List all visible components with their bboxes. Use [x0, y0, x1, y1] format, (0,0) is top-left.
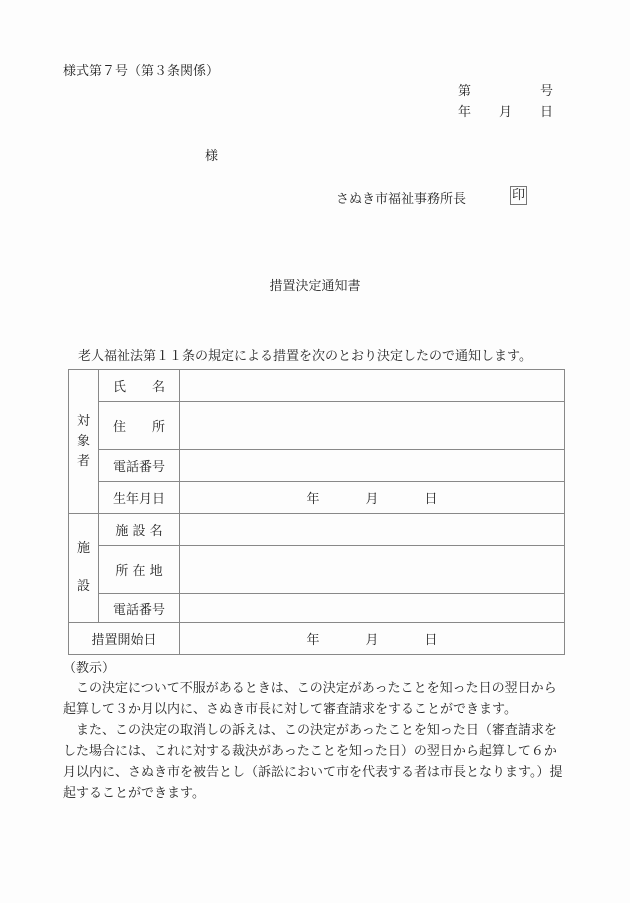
- issuer-name: さぬき市福祉事務所長: [336, 188, 466, 207]
- doc-number-suffix: 号: [540, 80, 553, 101]
- start-date-label: 措置開始日: [69, 623, 180, 655]
- table-row: 電話番号: [69, 450, 565, 482]
- facility-name-label: 施 設 名: [99, 514, 180, 546]
- birthdate-field[interactable]: 年 月 日: [180, 482, 565, 514]
- date-year: 年: [458, 101, 471, 120]
- notice-paragraph-lawsuit: また、この決定の取消しの訴えは、この決定があったことを知った日（審査請求をした場…: [63, 720, 563, 804]
- seal-stamp: 印: [510, 186, 527, 205]
- birthdate-day: 日: [425, 488, 438, 507]
- name-field[interactable]: [180, 370, 565, 402]
- date-day: 日: [540, 101, 553, 120]
- subject-group-label: 対象者: [69, 370, 99, 514]
- date-month: 月: [499, 101, 512, 120]
- start-date-year: 年: [306, 629, 319, 648]
- phone-field[interactable]: [180, 450, 565, 482]
- address-label: 住 所: [99, 402, 180, 450]
- birthdate-month: 月: [365, 488, 378, 507]
- table-row: 所 在 地: [69, 546, 565, 594]
- start-date-day: 日: [425, 629, 438, 648]
- facility-location-field[interactable]: [180, 546, 565, 594]
- notice-heading: （教示）: [63, 657, 115, 676]
- facility-name-field[interactable]: [180, 514, 565, 546]
- doc-number-prefix: 第: [458, 80, 471, 101]
- facility-group-label: 施 設: [69, 514, 99, 623]
- table-row: 住 所: [69, 402, 565, 450]
- facility-phone-label: 電話番号: [99, 594, 180, 623]
- details-table: 対象者 氏 名 住 所 電話番号 生年月日 年 月 日 施 設 施 設 名 所 …: [68, 369, 565, 655]
- birthdate-label: 生年月日: [99, 482, 180, 514]
- table-row: 施 設 施 設 名: [69, 514, 565, 546]
- table-row: 対象者 氏 名: [69, 370, 565, 402]
- notice-paragraph-appeal: この決定について不服があるときは、この決定があったことを知った日の翌日から起算し…: [63, 678, 563, 720]
- address-field[interactable]: [180, 402, 565, 450]
- table-row: 生年月日 年 月 日: [69, 482, 565, 514]
- document-number: 第 号: [458, 80, 553, 101]
- start-date-field[interactable]: 年 月 日: [180, 623, 565, 655]
- start-date-month: 月: [365, 629, 378, 648]
- phone-label: 電話番号: [99, 450, 180, 482]
- table-row: 電話番号: [69, 594, 565, 623]
- facility-phone-field[interactable]: [180, 594, 565, 623]
- document-date: 年 月 日: [458, 101, 553, 120]
- form-number: 様式第７号（第３条関係）: [63, 60, 219, 79]
- intro-text: 老人福祉法第１１条の規定による措置を次のとおり決定したので通知します。: [78, 345, 532, 364]
- name-label: 氏 名: [99, 370, 180, 402]
- document-title: 措置決定通知書: [0, 275, 630, 294]
- table-row: 措置開始日 年 月 日: [69, 623, 565, 655]
- facility-location-label: 所 在 地: [99, 546, 180, 594]
- addressee-suffix: 様: [205, 145, 218, 164]
- birthdate-year: 年: [306, 488, 319, 507]
